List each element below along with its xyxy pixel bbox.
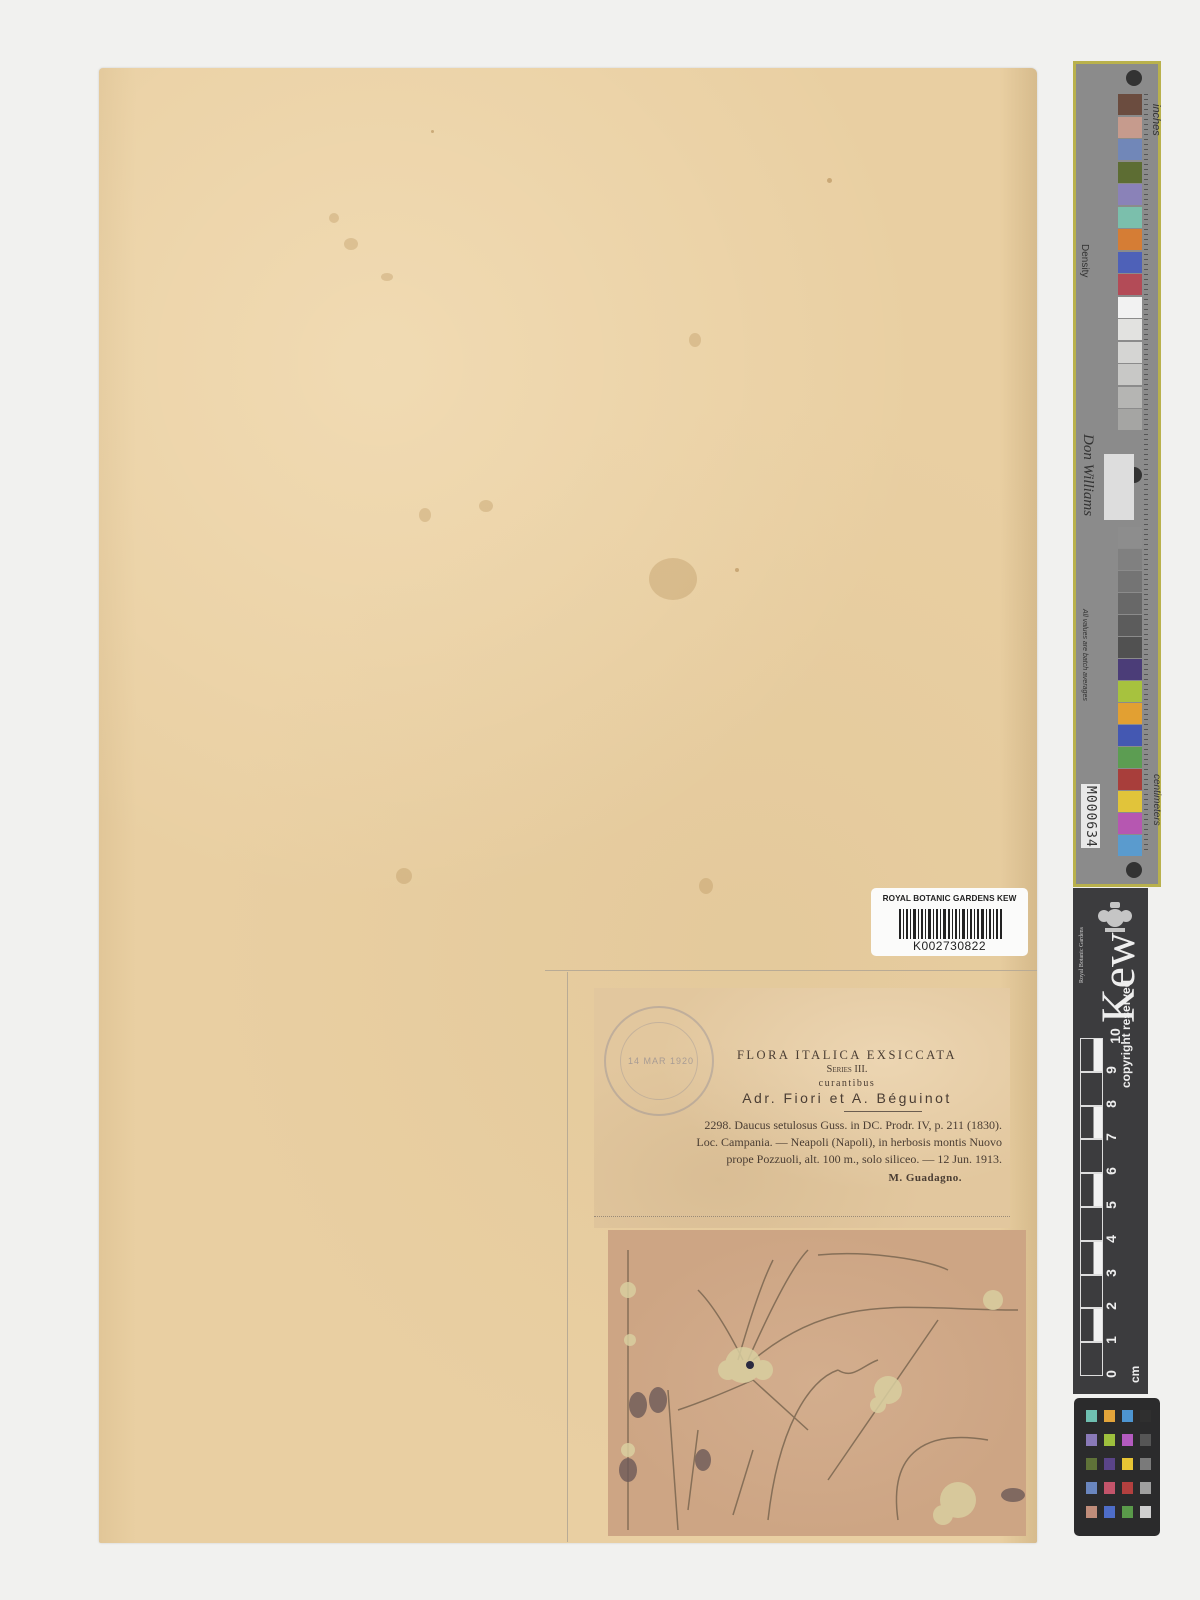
kew-scale-bar: Royal Botanic Gardens Kew copyright rese… [1073,888,1148,1394]
color-chip [1122,1410,1133,1422]
color-swatch [1118,252,1142,273]
stain [827,178,832,183]
cm-scale-number: 5 [1103,1201,1119,1209]
strip-footnote: All values are batch averages [1081,609,1088,701]
color-chip [1086,1482,1097,1494]
color-chip [1104,1482,1115,1494]
stain [735,568,739,572]
stain [689,333,701,347]
color-swatch [1118,207,1142,228]
stain [419,508,431,522]
cm-scale-number: 10 [1107,1028,1123,1044]
color-swatch [1118,342,1142,363]
label-divider [844,1111,922,1112]
color-swatch [1118,659,1142,680]
strip-unit-centimeters: centimeters [1151,774,1162,826]
color-chip [1122,1434,1133,1446]
cm-segment [1080,1342,1103,1376]
color-chip [1140,1482,1151,1494]
cm-segment [1080,1308,1103,1342]
color-swatch [1118,94,1142,115]
color-swatch [1118,117,1142,138]
barcode-label: ROYAL BOTANIC GARDENS KEW K002730822 [871,888,1028,956]
cm-scale-number: 9 [1103,1066,1119,1074]
perforation-line [594,1216,1010,1218]
label-series: Series III. [594,1064,1010,1075]
color-chip [1122,1482,1133,1494]
color-swatch [1118,549,1142,570]
color-swatch [1118,184,1142,205]
strip-density-label: Density [1079,244,1090,277]
label-title: FLORA ITALICA EXSICCATA [594,1048,1010,1063]
label-locality-line: prope Pozzuoli, alt. 100 m., solo silice… [604,1152,1002,1167]
barcode-institution: ROYAL BOTANIC GARDENS KEW [871,894,1028,903]
color-chip [1140,1458,1151,1470]
cm-scale-number: 0 [1103,1370,1119,1378]
barcode-icon [899,909,1002,939]
cm-segment [1080,1072,1103,1106]
label-authors: Adr. Fiori et A. Béguinot [594,1090,1010,1106]
color-swatch [1118,725,1142,746]
cm-scale-number: 7 [1103,1133,1119,1141]
cm-scale-number: 4 [1103,1235,1119,1243]
color-swatch [1118,593,1142,614]
color-swatch [1118,703,1142,724]
color-swatch [1118,364,1142,385]
color-swatch [1118,681,1142,702]
cm-segment [1080,1038,1103,1072]
ruler-ticks [1144,94,1148,854]
color-swatch [1118,791,1142,812]
color-checker-card [1074,1398,1160,1536]
color-swatch [1118,769,1142,790]
strip-unit-inches: inches [1150,104,1162,136]
cm-segment [1080,1207,1103,1241]
specimen-packet [608,1230,1026,1536]
label-taxon-line: 2298. Daucus setulosus Guss. in DC. Prod… [604,1118,1002,1133]
stain [479,500,493,512]
color-chip [1140,1410,1151,1422]
color-chip [1104,1434,1115,1446]
stain [381,273,393,281]
color-chip [1140,1506,1151,1518]
dried-plant-specimen [608,1230,1026,1536]
color-swatch [1118,139,1142,160]
cm-scale [1080,1038,1103,1376]
folder-edge-line [545,970,1037,971]
color-chip [1104,1506,1115,1518]
strip-hole [1126,862,1142,878]
folder-edge-line [567,972,568,1542]
color-swatch [1118,162,1142,183]
color-swatch [1118,297,1142,318]
kew-subtitle: Royal Botanic Gardens [1079,927,1085,983]
cm-segment [1080,1173,1103,1207]
cm-segment [1080,1139,1103,1173]
stain [431,130,434,133]
color-swatch [1118,813,1142,834]
stain [649,558,697,600]
color-swatch [1118,229,1142,250]
color-swatch [1118,835,1142,856]
color-swatch [1118,615,1142,636]
cm-scale-number: 6 [1103,1167,1119,1175]
strip-id: M000634 [1083,786,1098,848]
strip-brand: Don Williams [1079,434,1096,516]
specimen-label: 14 MAR 1920 FLORA ITALICA EXSICCATA Seri… [594,988,1010,1228]
strip-hole [1126,70,1142,86]
color-swatch [1118,387,1142,408]
color-chip [1122,1458,1133,1470]
cm-segment [1080,1241,1103,1275]
color-chip [1104,1410,1115,1422]
color-chip [1086,1458,1097,1470]
color-calibration-strip: inches centimeters Density Don Williams … [1073,61,1161,887]
cm-scale-number: 3 [1103,1269,1119,1277]
stain [396,868,412,884]
color-chip [1104,1458,1115,1470]
cm-scale-number: 8 [1103,1100,1119,1108]
color-swatch [1118,637,1142,658]
label-locality-line: Loc. Campania. — Neapoli (Napoli), in he… [604,1135,1002,1150]
color-swatch [1118,319,1142,340]
color-chip [1086,1410,1097,1422]
color-swatch [1118,274,1142,295]
strip-id-box: M000634 [1081,784,1100,848]
strip-scale-insert [1104,454,1134,520]
stain [329,213,339,223]
label-curantibus: curantibus [594,1078,1010,1089]
stain [344,238,358,250]
barcode-number: K002730822 [871,939,1028,953]
color-swatch [1118,409,1142,430]
color-chip [1140,1434,1151,1446]
label-collector: M. Guadagno. [604,1172,962,1184]
color-chip [1086,1434,1097,1446]
cm-unit-label: cm [1128,1366,1142,1383]
cm-segment [1080,1275,1103,1309]
color-swatch [1118,571,1142,592]
cm-segment [1080,1106,1103,1140]
color-chip [1086,1506,1097,1518]
color-swatch [1118,747,1142,768]
cm-scale-number: 2 [1103,1302,1119,1310]
color-swatch [1118,527,1142,548]
cm-scale-number: 1 [1103,1336,1119,1344]
color-chip [1122,1506,1133,1518]
stain [699,878,713,894]
